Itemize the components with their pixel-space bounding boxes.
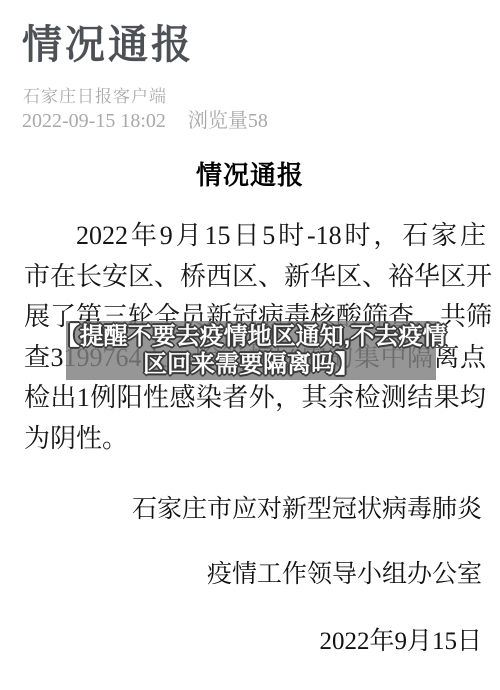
body-line: 为阴性。 [24,419,486,460]
view-count: 浏览量58 [188,110,268,132]
page-title: 情况通报 [22,24,194,66]
notice-title: 情况通报 [0,155,500,192]
body-line: 2022年9月15日5时-18时，石家庄 [24,216,486,257]
video-caption-overlay: 【提醒不要去疫情地区通知,不去疫情 区回来需要隔离吗】 [66,321,436,380]
caption-line: 区回来需要隔离吗】 [143,351,359,379]
body-line: 检出1例阳性感染者外，其余检测结果均 [24,378,486,419]
signature-org-line2: 疫情工作领导小组办公室 [207,554,482,590]
body-line: 市在长安区、桥西区、新华区、裕华区开 [24,257,486,298]
signature-org-line1: 石家庄市应对新型冠状病毒肺炎 [132,489,482,525]
article-page: 情况通报 石家庄日报客户端 2022-09-15 18:02 浏览量58 情况通… [0,0,500,690]
publish-timestamp: 2022-09-15 18:02 [22,110,166,132]
caption-line: 【提醒不要去疫情地区通知,不去疫情 [56,323,447,351]
article-meta: 2022-09-15 18:02 浏览量58 [22,104,268,133]
signature-date: 2022年9月15日 [319,621,482,657]
